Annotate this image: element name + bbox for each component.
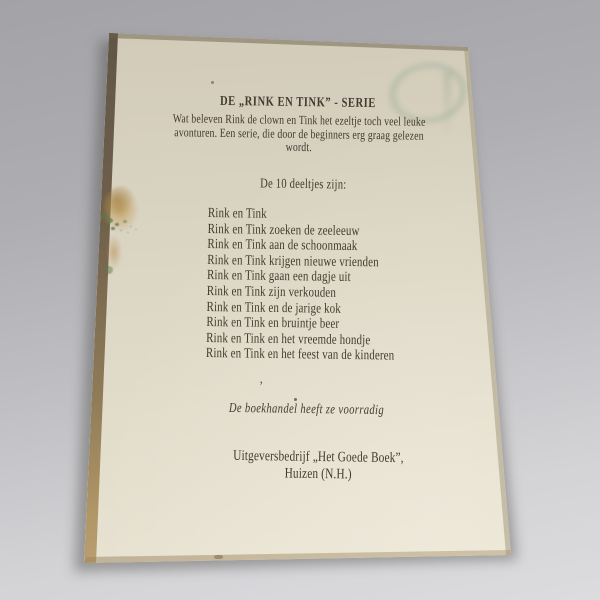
titles-list: Rink en Tink Rink en Tink zoeken de zeel… bbox=[206, 206, 397, 365]
series-title: DE „RINK EN TINK” - SERIE bbox=[220, 93, 376, 111]
availability-note: De boekhandel heeft ze voorradig bbox=[228, 400, 383, 418]
publisher-name: Uitgeversbedrijf „Het Goede Boek”, bbox=[233, 448, 404, 467]
stain-left-small-green bbox=[104, 266, 113, 274]
stain-left-lower bbox=[106, 235, 122, 269]
publisher-city: Huizen (N.H.) bbox=[233, 464, 404, 483]
titles-list-heading: De 10 deeltjes zijn: bbox=[260, 175, 346, 192]
stain-left-green-speckles bbox=[100, 214, 106, 219]
stray-ink-mark: ’ bbox=[259, 378, 263, 394]
book-title-item: Rink en Tink en het feest van de kindere… bbox=[206, 346, 395, 364]
paper-speck bbox=[211, 81, 214, 84]
photo-background: DE „RINK EN TINK” - SERIE Wat beleven Ri… bbox=[0, 0, 600, 600]
edge-nick bbox=[214, 555, 223, 559]
